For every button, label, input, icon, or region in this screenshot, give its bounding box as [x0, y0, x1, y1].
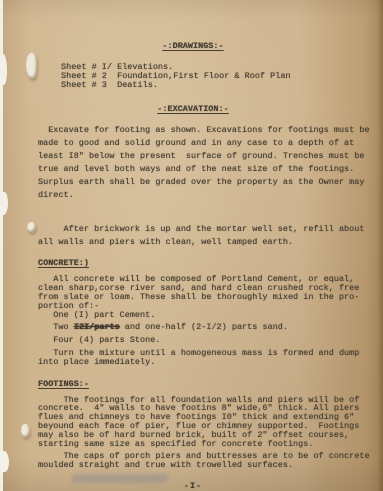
ink-bleed-mark [72, 474, 169, 483]
section-heading-footings: FOOTINGS:- [38, 379, 89, 389]
scanned-document: -:DRAWINGS:- Sheet # I/ Elevations. Shee… [0, 0, 383, 491]
staple-hole [26, 53, 37, 79]
text-segment: and one-half (2-I/2) parts sand. [120, 322, 288, 332]
sheet-list-item: Sheet # 3 Deatils. [61, 81, 383, 90]
concrete-paragraph-2: Turn the mixture until a homogeneous mas… [38, 349, 383, 367]
footings-paragraph-2: The caps of porch piers and buttresses a… [38, 452, 383, 470]
text-line: Excavate for footing as shown. Excavatio… [38, 124, 383, 137]
footings-heading-row: FOOTINGS:- [38, 373, 383, 391]
section-heading-excavation: -:EXCAVATION:- [38, 104, 348, 114]
text-line: Four (4) parts Stone. [38, 336, 383, 345]
paper-tear-chip [0, 54, 7, 85]
mix-ratio-line-stone: Four (4) parts Stone. [38, 336, 383, 345]
text-line: starting same size as specified for conc… [38, 440, 383, 449]
concrete-heading-row: CONCRETE:) [38, 252, 383, 270]
text-line: Surplus earth shall be graded over the p… [38, 176, 383, 189]
section-heading-concrete: CONCRETE:) [38, 258, 89, 268]
staple-hole [21, 424, 30, 438]
text-line: One (I) part Cement. [38, 311, 383, 320]
mix-ratio-line-sand: Two I2I/parts and one-half (2-I/2) parts… [38, 323, 383, 332]
document-page: -:DRAWINGS:- Sheet # I/ Elevations. Shee… [3, 0, 383, 491]
text-line: Two I2I/parts and one-half (2-I/2) parts… [38, 323, 383, 332]
text-line: into place immediately. [38, 358, 383, 367]
struck-out-text: I2I/parts [74, 322, 120, 332]
text-line: direct. [38, 189, 383, 202]
staple-hole [27, 222, 36, 233]
excavation-paragraph-1: Excavate for footing as shown. Excavatio… [38, 124, 383, 202]
paper-tear-chip [0, 451, 9, 472]
text-line: least I8" below the present surface of g… [38, 150, 383, 163]
excavation-paragraph-2: After brickwork is up and the mortar wel… [38, 223, 383, 249]
text-segment: Two [38, 322, 74, 332]
section-heading-drawings: -:DRAWINGS:- [38, 41, 348, 51]
page-edge-shadow [377, 0, 383, 491]
text-line: After brickwork is up and the mortar wel… [38, 223, 383, 236]
footings-paragraph-1: The footings for all foundation walls an… [38, 396, 383, 449]
text-line: moulded straight and true with trowelled… [38, 461, 383, 470]
text-line: all walls and piers with clean, well tam… [38, 236, 383, 249]
text-line: made to good and solid ground and in any… [38, 137, 383, 150]
text-line: true and level both ways and of the neat… [38, 163, 383, 176]
concrete-paragraph-1: All concrete will be composed of Portlan… [38, 275, 383, 319]
sheet-list: Sheet # I/ Elevations. Sheet # 2 Foundat… [61, 63, 383, 89]
